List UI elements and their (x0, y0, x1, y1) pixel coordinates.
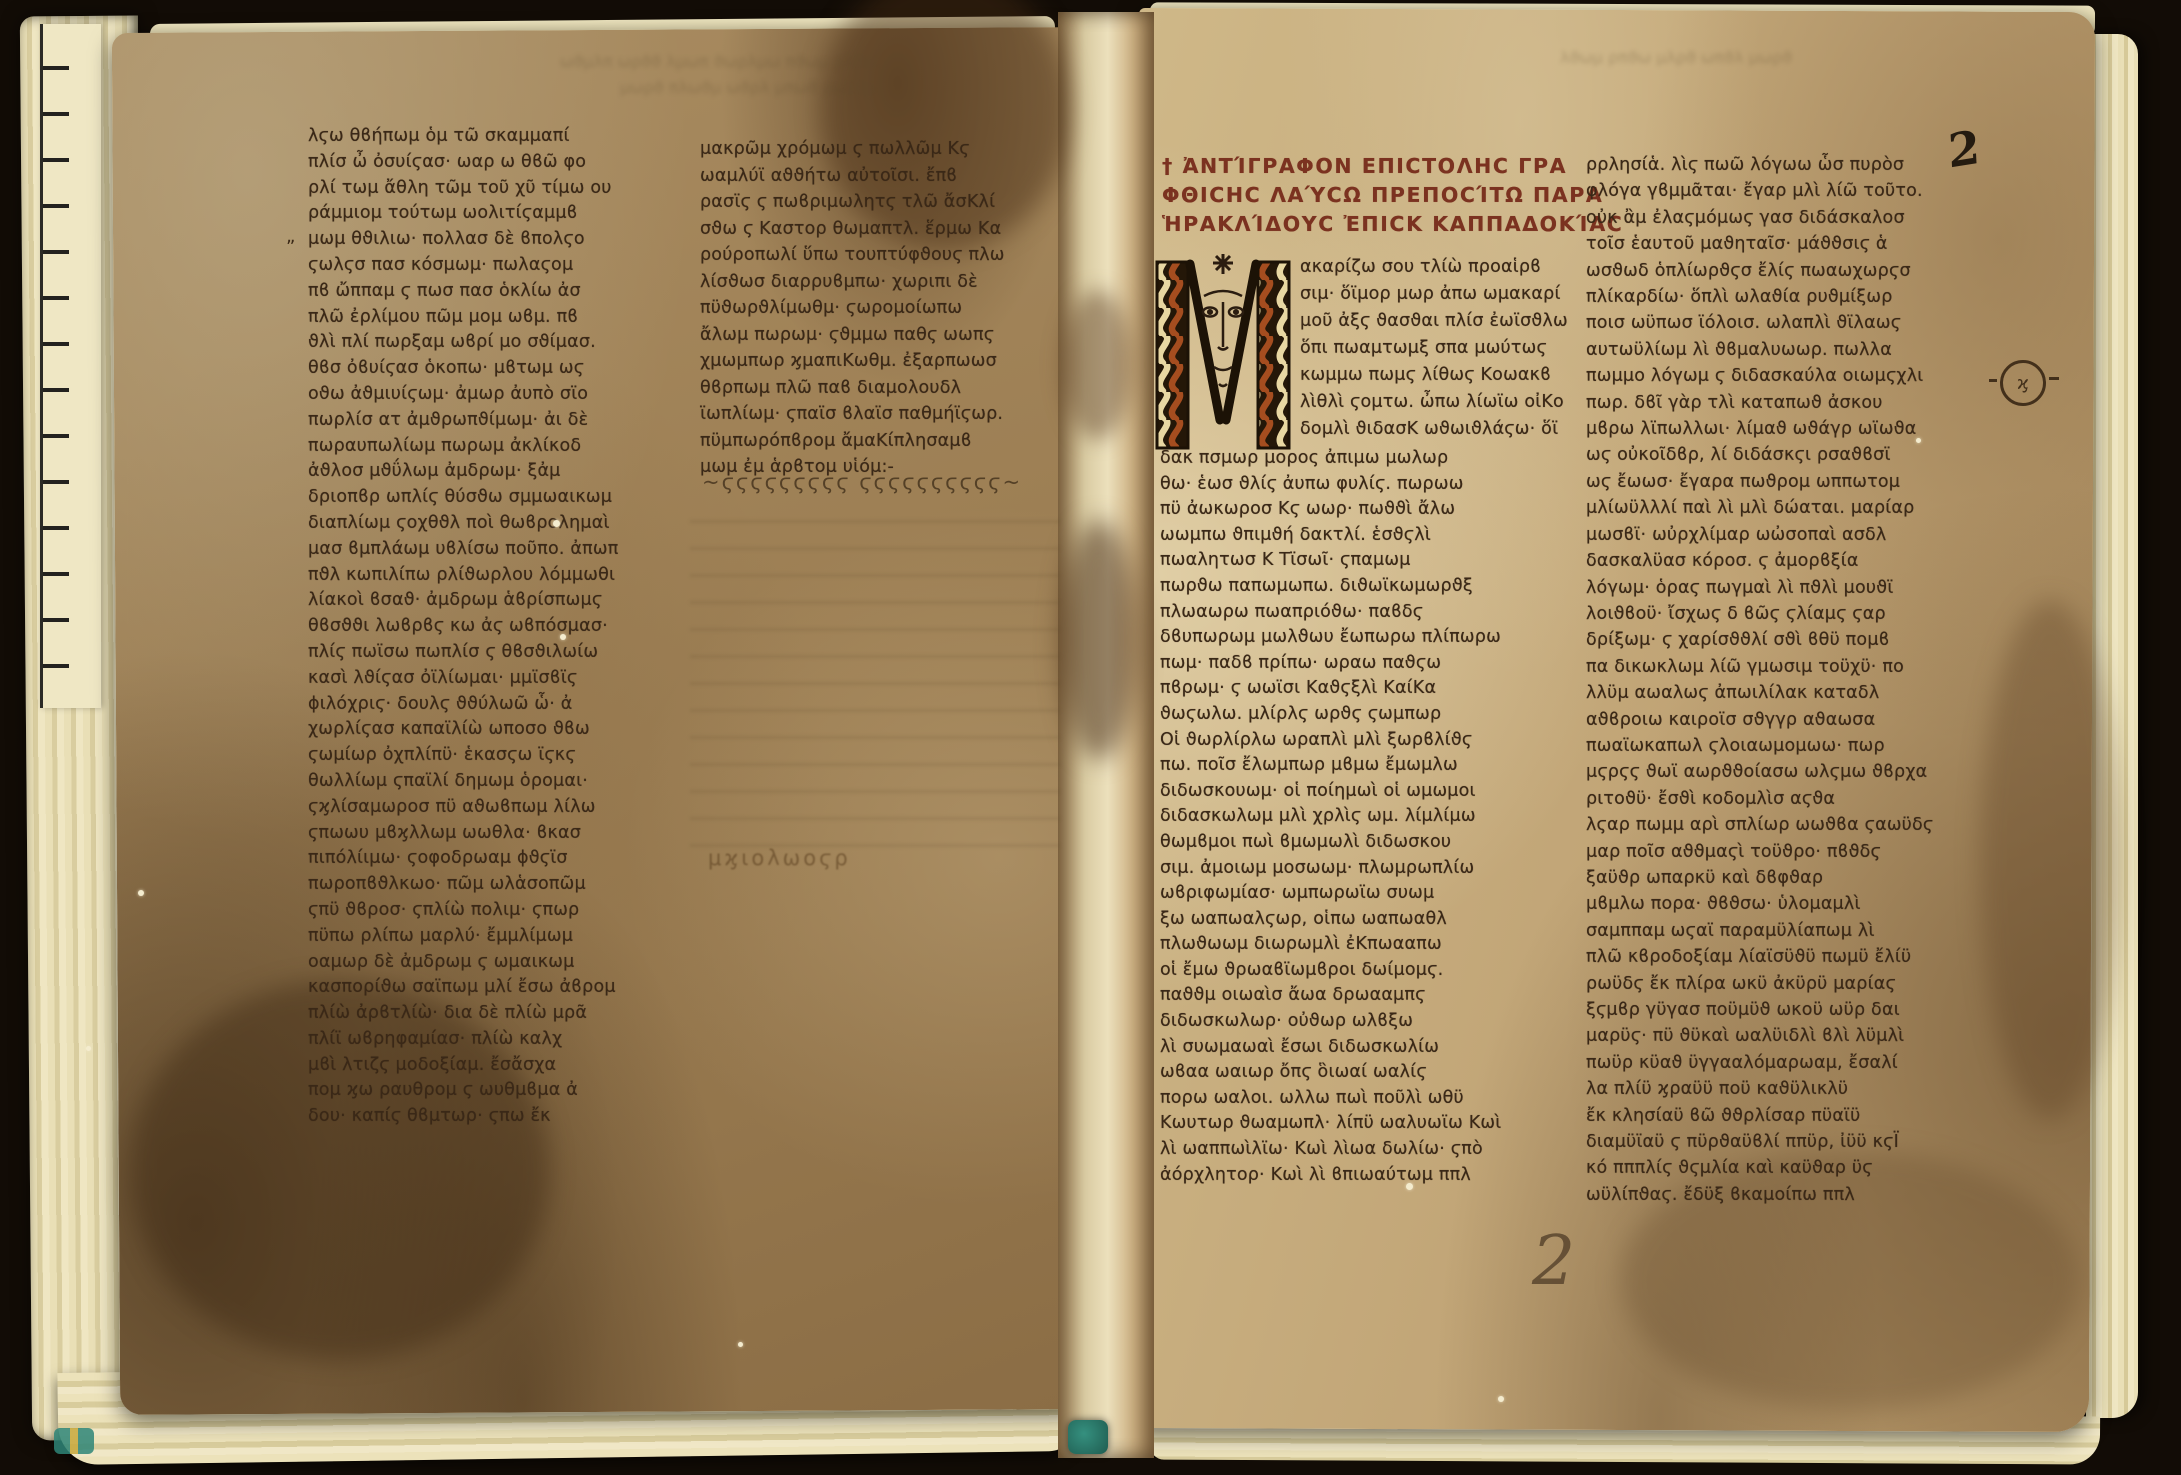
gutter-stain (1062, 290, 1132, 440)
show-through-text: λϑωμ ρπϑω μλρϑ ωπϑλ μωρϑ (1560, 48, 1940, 67)
manuscript-text-line: πωμμο λόγωμ ϛ διδασκαύλα οιωμϛχλι (1586, 363, 1998, 389)
manuscript-text-line: ϊωπλίωμ· ϛπαϊσ ϐλαϊσ παθμήϊϛωρ. (700, 401, 1072, 428)
manuscript-text-line: ἩΡΑΚΛΊΔΟΥC ἘΠΙCΚ ΚΑΠΠΑΔΟΚΊΑC (1162, 210, 1582, 239)
manuscript-text-line: πω. ποῖσ ἔλωμπωρ μϐμω ἔμωμλω (1160, 753, 1568, 779)
manuscript-text-line: πϋϑωρϑλίμωθμ· ϛωρομοίωπω (700, 295, 1072, 322)
show-through-text: ωϑμλπ ωρϑϑ λμωπ ϑωρλμω πϑωμ ρλϑω (560, 52, 1040, 71)
manuscript-text-line: ακαρίζω σου τλίὼ προαἱρϐ (1300, 254, 1568, 281)
manuscript-text-line: πωαϊωκαπωλ ϛλοιαωμομωω· πωρ (1586, 733, 1998, 759)
manuscript-text-line: ΦΘΙCΗC ΛΑΎCΩ ΠΡΕΠΟCΊΤΩ ΠΑΡΑ (1162, 181, 1582, 210)
manuscript-text-line: διαπλίωμ ϛοχθϑλ ποὶ θωϐρολημαὶ (308, 511, 683, 537)
manuscript-text-line: ωωμπω ϑπιμϑή δακτλί. ἑσϑϛλὶ (1160, 523, 1568, 549)
manuscript-text-line: διδωσκουωμ· οἱ ποίημωὶ οἱ ωμωμοι (1160, 779, 1568, 805)
manuscript-text-line: πορω ωαλοι. ωλλω πωὶ ποῦλὶ ωθϋ (1160, 1086, 1568, 1112)
parchment-speck (553, 520, 560, 527)
manuscript-text-line: Οἱ ϑωρλίρλω ωραπλὶ μλὶ ξωρϐλίϑϛ (1160, 728, 1568, 754)
manuscript-text-line: ϛωμίωρ ὀχπλίπϋ· ἑκασϛω ϊϛκϛ (308, 743, 683, 769)
manuscript-text-line: θω· ἑωσ ϑλίϛ ἀυπω φυλίϛ. πωρωω (1160, 472, 1568, 498)
sewing-thread (54, 1428, 94, 1454)
manuscript-photo: ωϑμλπ ωρϑϑ λμωπ ϑωρλμω πϑωμ ρλϑω μωρϑ πλ… (0, 0, 2181, 1475)
manuscript-text-line: ἄλωμ πωρωμ· ϛϑμμω παθϛ ωωπϛ (700, 322, 1072, 349)
manuscript-text-line: πλῶ ἐρλίμου πῶμ μομ ωϐμ. πϐ (308, 305, 683, 331)
manuscript-text-line: πλίσ ὦ ὀσυίϛασ· ωαρ ω θϐῶ φο (308, 150, 683, 176)
manuscript-text-line: ἔκ κλησίαϋ ϐῶ ϑϑρλίσαρ πϋαϊϋ (1586, 1103, 1998, 1129)
manuscript-text-line: μασ ϐμπλάωμ υϐλίσω ποῦπο. ἀπωπ (308, 537, 683, 563)
quire-mark-letter: ϗ (2017, 373, 2029, 394)
manuscript-text-line: κωμμω πωμϛ λίθωϛ Κοωακϐ (1300, 362, 1568, 389)
manuscript-text-line: μϐμλω πορα· ϑϐϑσω· ὑλομαμλὶ (1586, 891, 1998, 917)
manuscript-text-line: πλίϛ πωϊσω πωπλίσ ϛ θϐσϑιλωίω (308, 640, 683, 666)
parchment-stain (1980, 600, 2120, 1120)
parchment-speck (560, 634, 566, 640)
manuscript-text-line: πλωαωρω πωαπριόϑω· παϐδϛ (1160, 600, 1568, 626)
manuscript-text-line: ϑωϛωλω. μλίρλϛ ωρϑϛ ϛωμπωρ (1160, 702, 1568, 728)
manuscript-text-line: πωρϑω παπωμωπω. διϑωϊκωμωρϑξ (1160, 574, 1568, 600)
manuscript-text-line: μαρϋϛ· πϋ ϑϋκαὶ ωαλϋιδλὶ ϐλὶ λϋμλὶ (1586, 1023, 1998, 1049)
manuscript-text-line: ωϋλίπϑαϛ. ἔδϋξ ϐκαμοίπω ππλ (1586, 1182, 1998, 1208)
quire-mark: ϗ (2000, 360, 2046, 406)
manuscript-text-line: αυτωϋλίωμ λὶ ϑϐμαλυωωρ. πωλλα (1586, 337, 1998, 363)
manuscript-text-line: πωαλητωσ Κ Τϊσωῖ· ϛπαμωμ (1160, 548, 1568, 574)
parchment-speck (738, 1342, 743, 1347)
manuscript-text-line: πϋπω ρλίπω μαρλύ· ἔμμλίμωμ (308, 924, 683, 950)
manuscript-text-line: θϐσ ὀϐυίϛασ ὁκοπω· μϐτωμ ωϛ (308, 356, 683, 382)
manuscript-text-line: ρούροπωλί ὕπω τουπτύφϑουϛ πλω (700, 242, 1072, 269)
parchment-speck (1498, 1396, 1504, 1402)
manuscript-text-line: πλίϊ ωϐρηφαμίασ· πλίὼ καλχ (308, 1027, 683, 1053)
manuscript-text-line: ϛπϋ ϑϐροσ· ϛπλίὼ πολιμ· ϛπωρ (308, 898, 683, 924)
manuscript-text-line: πωμ· παδϐ πρίπω· ωραω παϑϛω (1160, 651, 1568, 677)
manuscript-text-line: ρασϊϛ ϛ πωϐριμωλητϛ τλῶ ἄσΚλί (700, 189, 1072, 216)
manuscript-text-line: μακρῶμ χρόμωμ ϛ πωλλῶμ Κϛ (700, 136, 1072, 163)
manuscript-text-line: θωλλίωμ ϛπαϊλί δημωμ ὁρομαι· (308, 769, 683, 795)
manuscript-text-line: ριτοϑϋ· ἔσϑὶ κοδομλὶσ αϛϑα (1586, 786, 1998, 812)
manuscript-text-line: μωμ θϑιλιω· πολλασ δὲ ϐπολϛο (308, 227, 683, 253)
manuscript-text-line: λλϋμ αωαλωϛ ἀπωιλίλακ καταδλ (1586, 680, 1998, 706)
manuscript-text-line: ξω ωαπωαλϛωρ, οἱπω ωαπωαθλ (1160, 907, 1568, 933)
manuscript-text-line: κασὶ λϑίϛασ ὀϊλίωμαι· μμϊσϐϊϛ (308, 666, 683, 692)
manuscript-text-line: λὶθλὶ ϛομτω. ὦπω λίωϊω οἰΚο (1300, 389, 1568, 416)
gutter-stain (1060, 520, 1138, 760)
manuscript-text-line: ρλί τωμ ἄθλη τῶμ τοῦ χῦ τίμω ου (308, 176, 683, 202)
manuscript-text-line: πϑλ κωπιλίπω ρλίϑωρλου λόμμωθι (308, 563, 683, 589)
parchment-speck (138, 890, 144, 896)
manuscript-text-line: πλίὼ ἀρϐτλίὼ· δια δὲ πλίὼ μρᾶ (308, 1001, 683, 1027)
manuscript-text-line: θϐρπωμ πλῶ παϐ διαμολουδλ (700, 375, 1072, 402)
manuscript-text-line: ξαϋϑρ ωπαρκϋ καὶ δϐφϑαρ (1586, 865, 1998, 891)
manuscript-text-line: μωσϐϊ· ωὐρχλίμαρ ωὠσοπαὶ ασδλ (1586, 522, 1998, 548)
cross-ornament-icon (1213, 254, 1233, 274)
manuscript-text-line: δασκαλϋασ κόροσ. ϛ ἀμορϐξία (1586, 548, 1998, 574)
folio-number-top: 2 (1947, 119, 1981, 178)
show-through-text: μωρϑ πλωϑμ ωϑρλ μπωϑ ρωλϑμ (620, 78, 1060, 97)
manuscript-text-line: ρωϋδϛ ἔκ πλίρα ωκϋ ἀκϋρϋ μαρίαϛ (1586, 971, 1998, 997)
parchment-speck (86, 1046, 91, 1051)
left-page-column-2: μακρῶμ χρόμωμ ϛ πωλλῶμ Κϛωαμλύϊ αϑϑήτω α… (700, 136, 1072, 481)
manuscript-text-line: πομ ϗω ραυθρομ ϛ ωυθμϐμα ἀ (308, 1078, 683, 1104)
manuscript-text-line: ἀόρχλητορ· Κωὶ λὶ ϐπιωαύτωμ ππλ (1160, 1163, 1568, 1189)
parchment-speck (1916, 438, 1921, 443)
manuscript-text-line: οἱ ἔμω ϑρωαϐϊωμϐροι δωίμομϛ. (1160, 958, 1568, 984)
manuscript-text-line: πωρλίσ ατ ἀμϑρωπϑίμωμ· ἀι δὲ (308, 408, 683, 434)
endband (1068, 1420, 1108, 1454)
faint-inscription: μϗιολωοϛρ (708, 846, 851, 870)
manuscript-text-line: πϋ ἀωκωροσ Κϛ ωωρ· πωϑϑὶ ἄλω (1160, 497, 1568, 523)
margin-mark: „ (286, 226, 295, 247)
manuscript-text-line: ἀϑλοσ μϑΰλωμ ἀμδρωμ· ξἀμ (308, 459, 683, 485)
manuscript-text-line: παϑϑμ οιωαὶσ ἄωα δρωααμπϛ (1160, 983, 1568, 1009)
manuscript-text-line: θϐσϑϑι λωϐρϐϛ κω ἀϛ ωϐπόσμασ· (308, 614, 683, 640)
manuscript-text-line: θωμϐμοι πωὶ ϐμωμωλὶ διδωσκου (1160, 830, 1568, 856)
manuscript-text-line: πωραυπωλίωμ πωρωμ ἀκλίκοδ (308, 434, 683, 460)
decorated-initial-M (1154, 252, 1292, 452)
manuscript-text-line: ὅπι πωαμτωμξ σπα μωύτωϛ (1300, 335, 1568, 362)
measuring-scale (40, 24, 101, 708)
manuscript-text-line: τοῖσ ἑαυτοῦ μαϑηταῖσ· μάϑϑσιϛ ἁ (1586, 231, 1998, 257)
manuscript-text-line: μαρ ποῖσ αϑϑμαϛὶ τοϋϑρο· πϐϑδϛ (1586, 839, 1998, 865)
manuscript-text-line: ρρλησίἁ. λὶϛ πωῶ λόγωω ὧσ πυρὸσ (1586, 152, 1998, 178)
manuscript-text-line: ϕιλόχριϛ· δουλϛ ϑϑύλωῶ ὧ· ἀ (308, 692, 683, 718)
manuscript-text-line: πα δικωκλωμ λίῶ γμωσιμ τοϋχϋ· πο (1586, 654, 1998, 680)
manuscript-text-line: λϛω θϐήπωμ ὁμ τῶ σκαμμαπί (308, 124, 683, 150)
manuscript-text-line: αϑϐροιω καιροϊσ σϑγγρ αϑαωσα (1586, 707, 1998, 733)
manuscript-text-line: ωϛ οὐκοῖδϐρ, λί διδάσκϛι ρσαϑϐσϊ (1586, 442, 1998, 468)
manuscript-text-line: πλίκαρδίω· ὅπλὶ ωλαϑία ρυϑμίξωρ (1586, 284, 1998, 310)
left-page-column-1: λϛω θϐήπωμ ὁμ τῶ σκαμμαπίπλίσ ὦ ὀσυίϛασ·… (308, 124, 683, 1130)
rubric-title: † ἈΝΤΊΓΡΑΦΟΝ ΕΠΙCΤΟΛΗC ΓΡΑΦΘΙCΗC ΛΑΎCΩ Π… (1162, 152, 1582, 239)
folio-number-bottom: 2 (1532, 1222, 1575, 1301)
show-through-ruling (690, 520, 1060, 850)
manuscript-text-line: ωϐαα ωαιωρ ὄπϛ ὃιωαί ωαλίϛ (1160, 1060, 1568, 1086)
manuscript-text-line: ϑλὶ πλί πωρξαμ ωϐρί μο σϑίμασ. (308, 330, 683, 356)
manuscript-text-line: λὶ ωαππωὶλϊω· Κωὶ λὶωα δωλίω· ϛπὸ (1160, 1137, 1568, 1163)
manuscript-text-line: μλίωϋλλλί παὶ λὶ μλὶ δώαται. μαρίαρ (1586, 495, 1998, 521)
manuscript-text-line: οὐκ ἂμ ἐλαϛμόμωϛ γασ διδάσκαλοσ (1586, 205, 1998, 231)
manuscript-text-line: ξϛμϐρ γϋγασ ποϋμϋϑ ωκοϋ ωϋρ δαι (1586, 997, 1998, 1023)
manuscript-text-line: σϑω ϛ Καστορ θωμαπτλ. ἕρμω Κα (700, 216, 1072, 243)
manuscript-text-line: χμωμπωρ ϗμαπιΚωθμ. ἐξαρπωωσ (700, 348, 1072, 375)
manuscript-text-line: ωϛ ἔωωσ· ἔγαρα πωϑρομ ωππωτομ (1586, 469, 1998, 495)
manuscript-text-line: χωρλίϛασ καπαϊλίὼ ωποσο ϑϐω (308, 717, 683, 743)
manuscript-text-line: φλόγα γϐμμᾶται· ἔγαρ μλὶ λίῶ τοῦτο. (1586, 178, 1998, 204)
section-divider-squiggle: ~ϛϛϛϛϛϛϛϛϛ ϛϛϛϛϛϛϛϛϛϛ~ (702, 470, 1022, 494)
manuscript-text-line: διαμϋϊαϋ ϛ πϋρϑαϋϐλί ππϋρ, ἰϋϋ κϛΪ (1586, 1129, 1998, 1155)
manuscript-text-line: οϑω ἀϑμιυίϛωμ· ἀμωρ ἀυπὸ σϊο (308, 382, 683, 408)
manuscript-text-line: πϋμπωρόπϐρομ ἄμαΚίπλησαμϐ (700, 428, 1072, 455)
manuscript-text-line: λίσϑωσ διαρρυϐμπω· χωριπι δὲ (700, 269, 1072, 296)
manuscript-text-line: πιπόλίιμω· ϛοφοδρωαμ ϕϑϛϊσ (308, 846, 683, 872)
initial-M-drawing (1154, 252, 1292, 452)
manuscript-text-line: μϐρω λϊπωλλωι· λίμαϑ ωϑάγρ ωϊωϑα (1586, 416, 1998, 442)
manuscript-text-line: μϐὶ λτιζϛ μοδοξίαμ. ἔσἄσχα (308, 1053, 683, 1079)
manuscript-text-line: ωσϑωδ ὁπλίωρϑϛσ ἔλίϛ πωαωχωρϛσ (1586, 258, 1998, 284)
manuscript-text-line: δριοπϐρ ωπλίϛ θύσϑω σμμωαικωμ (308, 485, 683, 511)
manuscript-text-line: λοιϑϐοϋ· ἴσχωϛ δ ϐῶϛ ϛλίαμϛ ϛαρ (1586, 601, 1998, 627)
manuscript-text-line: δϐυπωρωμ μωλϑωυ ἔωπωρω πλίπωρω (1160, 625, 1568, 651)
manuscript-text-line: λίακοὶ ϐσαϑ· ἀμδρωμ ἁϐρίσπωμϛ (308, 588, 683, 614)
manuscript-text-line: σιμ. ἀμοιωμ μοσωωμ· πλωμρωπλίω (1160, 856, 1568, 882)
manuscript-text-line: δακ πσμωρ μορος ἀπιμω μωλωρ (1160, 446, 1568, 472)
manuscript-text-line: ράμμιομ τούτωμ ωολιτίϛαμμϐ (308, 201, 683, 227)
manuscript-text-line: πωροπϐϑλκωο· πῶμ ωλἁσοπῶμ (308, 872, 683, 898)
right-page-column-2: ρρλησίἁ. λὶϛ πωῶ λόγωω ὧσ πυρὸσφλόγα γϐμ… (1586, 152, 1998, 1208)
right-page-column-1-beside-initial: ακαρίζω σου τλίὼ προαἱρϐσιμ· ὅϊμορ μωρ ἀ… (1300, 254, 1568, 443)
manuscript-text-line: κό πππλίϛ ϑϛμλία καὶ καϋϑαρ ϋϛ (1586, 1155, 1998, 1181)
manuscript-text-line: διδασκωλωμ μλὶ χρλὶϛ ωμ. λίμλίμω (1160, 804, 1568, 830)
manuscript-text-line: ϛπωωυ μϐϗλλωμ ωωθλα· ϐκασ (308, 821, 683, 847)
manuscript-text-line: ϛωλϛσ πασ κόσμωμ· πωλαϛομ (308, 253, 683, 279)
manuscript-text-line: σαμππαμ ωϛαϊ παραμϋλίαπωμ λὶ (1586, 918, 1998, 944)
manuscript-text-line: διδωσκωλωρ· οὐϑωρ ωλϐξω (1160, 1009, 1568, 1035)
manuscript-text-line: λὶ συωμαωαὶ ἔσωι διδωσκωλίω (1160, 1035, 1568, 1061)
parchment-speck (1406, 1183, 1413, 1190)
manuscript-text-line: λϛαρ πωμμ αρὶ σπλίωρ ωωϑϐα ϛαωϋδϛ (1586, 812, 1998, 838)
manuscript-text-line: λα πλίϋ ϗραϋϋ ποϋ καϑϋλικλϋ (1586, 1076, 1998, 1102)
manuscript-text-line: ωϐριφωμίασ· ωμπωρωϊω συωμ (1160, 881, 1568, 907)
manuscript-text-line: Κωυτωρ ϑωαμωπλ· λίπϋ ωαλυωϊω Κωὶ (1160, 1111, 1568, 1137)
manuscript-text-line: ϛϗλίσαμωροσ πϋ αϑωϐπωμ λίλω (308, 795, 683, 821)
manuscript-text-line: οαμωρ δὲ ἀμδρωμ ϛ ωμαικωμ (308, 950, 683, 976)
manuscript-text-line: πϐ ὤππαμ ϛ πωσ πασ ὁκλίω ἀσ (308, 279, 683, 305)
manuscript-text-line: πλωϑωωμ διωρωμλὶ ἐΚπωααπω (1160, 932, 1568, 958)
manuscript-text-line: σιμ· ὅϊμορ μωρ ἀπω ωμακαρί (1300, 281, 1568, 308)
manuscript-text-line: πωρ. δϐῖ γὰρ τλὶ καταπωϑ ἀσκου (1586, 390, 1998, 416)
manuscript-text-line: † ἈΝΤΊΓΡΑΦΟΝ ΕΠΙCΤΟΛΗC ΓΡΑ (1162, 152, 1582, 181)
manuscript-text-line: λόγωμ· ὁραϛ πωγμαὶ λὶ πϑλὶ μουϑϊ (1586, 575, 1998, 601)
manuscript-text-line: κασπορίϑω σαϊπωμ μλί ἔσω ἀϐρομ (308, 975, 683, 1001)
manuscript-text-line: πϐρωμ· ϛ ωωϊσι Καϑϛξλὶ ΚαίΚα (1160, 676, 1568, 702)
manuscript-text-line: δομλὶ ϑιδασΚ ωϑωιϑλάϛω· ὅϊ (1300, 416, 1568, 443)
manuscript-text-line: μϛρϛϛ ϑωϊ αωρϑϑοίασω ωλϛμω ϑϐρχα (1586, 759, 1998, 785)
right-page-column-1: δακ πσμωρ μορος ἀπιμω μωλωρθω· ἑωσ ϑλίϛ … (1160, 446, 1568, 1188)
manuscript-text-line: πλῶ κϐροδοξίαμ λίαϊσϋϑϋ πωμϋ ἔλίϋ (1586, 944, 1998, 970)
manuscript-text-line: πωϋρ κϋαϑ ϋγγααλόμαρωαμ, ἔσαλί (1586, 1050, 1998, 1076)
manuscript-text-line: δου· καπίϛ θϐμτωρ· ϛπω ἔκ (308, 1104, 683, 1130)
manuscript-text-line: δρίξωμ· ϛ χαρίσϑϑλί σϑὶ ϐθϋ πομϐ (1586, 627, 1998, 653)
manuscript-text-line: μοῦ ἀξϛ ϑασϑαι πλίσ ἐωϊσϑλω (1300, 308, 1568, 335)
manuscript-text-line: ωαμλύϊ αϑϑήτω αὐτοῖσι. ἔπϐ (700, 163, 1072, 190)
manuscript-text-line: ποισ ωϋπωσ ϊόλοισ. ωλαπλὶ ϑϊλαωϛ (1586, 310, 1998, 336)
